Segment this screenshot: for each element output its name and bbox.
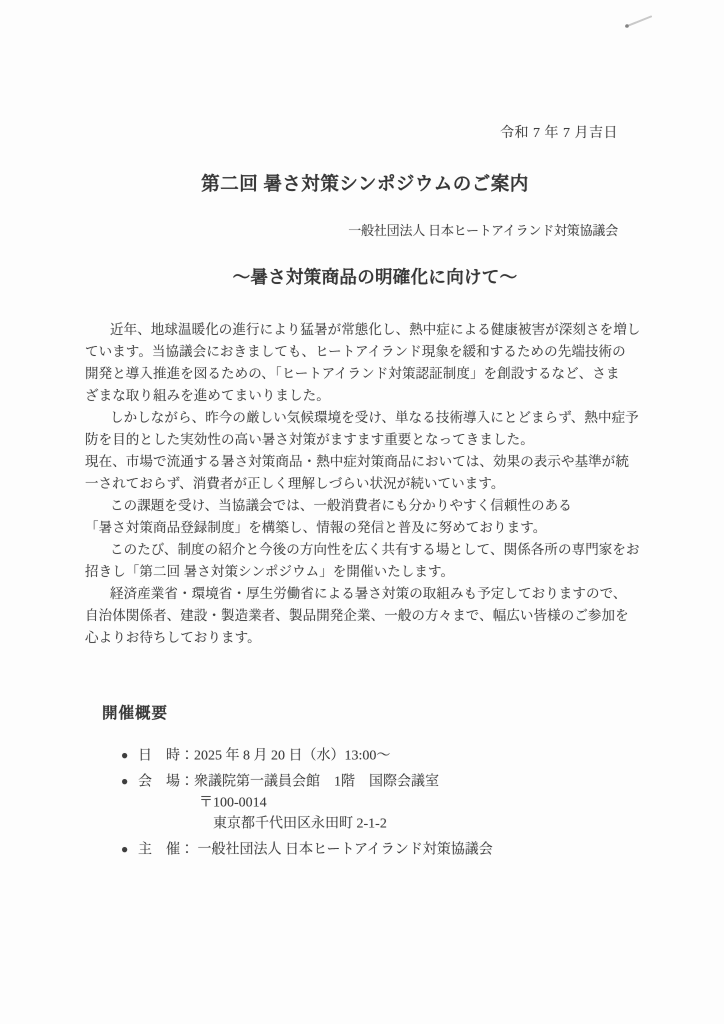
pen-stroke-icon: [624, 14, 654, 30]
overview-item-text: 〒100-0014: [199, 796, 267, 811]
overview-item: ●主 催： 一般社団法人 日本ヒートアイランド対策協議会: [121, 839, 493, 859]
body-line-text: この課題を受け、当協議会では、一般消費者にも分かりやすく信頼性のある: [110, 498, 572, 513]
body-line-text: 現在、市場で流通する暑さ対策商品・熱中症対策商品においては、効果の表示や基準が統: [85, 454, 629, 469]
body-line-text: 心よりお待ちしております。: [85, 630, 261, 645]
overview-item: ●日 時：2025 年 8 月 20 日（水）13:00～: [121, 745, 493, 765]
bullet-icon: ●: [121, 771, 138, 791]
body-text-line: ています。当協議会におきましても、ヒートアイランド現象を緩和するための先端技術の: [85, 341, 640, 363]
overview-heading: 開催概要: [102, 701, 168, 723]
document-subtitle: ～暑さ対策商品の明確化に向けて～: [13, 264, 724, 289]
body-text-line: 経済産業省・環境省・厚生労働省による暑さ対策の取組みも予定しておりますので、: [85, 583, 640, 605]
body-line-text: しかしながら、昨今の厳しい気候環境を受け、単なる技術導入にとどまらず、熱中症予: [110, 410, 639, 425]
body-line-text: 近年、地球温暖化の進行により猛暑が常態化し、熱中症による健康被害が深刻さを増し: [110, 322, 640, 337]
body-text-line: 心よりお待ちしております。: [85, 627, 640, 649]
body-line-text: 開発と導入推進を図るための、「ヒートアイランド対策認証制度」を創設するなど、さま: [85, 366, 620, 381]
overview-list: ●日 時：2025 年 8 月 20 日（水）13:00～ ●会 場：衆議院第一…: [121, 739, 493, 859]
body-line-text: ています。当協議会におきましても、ヒートアイランド現象を緩和するための先端技術の: [85, 344, 626, 359]
body-line-text: ざまな取り組みを進めてまいりました。: [85, 388, 330, 403]
body-line-text: 招きし「第二回 暑さ対策シンポジウム」を開催いたします。: [85, 564, 454, 579]
body-line-text: 一されておらず、消費者が正しく理解しづらい状況が続いています。: [85, 476, 504, 491]
body-line-text: 自治体関係者、建設・製造業者、製品開発企業、一般の方々まで、幅広い皆様のご参加を: [85, 608, 629, 623]
body-text-line: このたび、制度の紹介と今後の方向性を広く共有する場として、関係各所の専門家をお: [85, 539, 640, 561]
overview-item: ●会 場：衆議院第一議員会館 1階 国際会議室: [121, 771, 493, 791]
overview-item-text: 主 催： 一般社団法人 日本ヒートアイランド対策協議会: [138, 843, 493, 858]
bullet-icon: ●: [121, 745, 138, 765]
body-line-text: 防を目的とした実効性の高い暑さ対策がますます重要となってきました。: [85, 432, 534, 447]
body-text-line: ざまな取り組みを進めてまいりました。: [85, 385, 640, 407]
body-text-line: この課題を受け、当協議会では、一般消費者にも分かりやすく信頼性のある: [85, 495, 640, 517]
bullet-icon: ●: [121, 839, 138, 859]
overview-item-text: 日 時：2025 年 8 月 20 日（水）13:00～: [138, 749, 390, 764]
organization-line: 一般社団法人 日本ヒートアイランド対策協議会: [348, 220, 618, 239]
date-line: 令和 7 年 7 月吉日: [500, 122, 618, 142]
overview-item-text: 東京都千代田区永田町 2-1-2: [213, 817, 387, 832]
body-text-line: 防を目的とした実効性の高い暑さ対策がますます重要となってきました。: [85, 429, 640, 451]
body-text-line: 開発と導入推進を図るための、「ヒートアイランド対策認証制度」を創設するなど、さま: [85, 363, 640, 385]
body-text-line: 一されておらず、消費者が正しく理解しづらい状況が続いています。: [85, 473, 640, 495]
pen-stroke-mark: [624, 14, 654, 30]
body-text: 近年、地球温暖化の進行により猛暑が常態化し、熱中症による健康被害が深刻さを増し …: [85, 319, 640, 649]
body-text-line: 近年、地球温暖化の進行により猛暑が常態化し、熱中症による健康被害が深刻さを増し: [85, 319, 640, 341]
body-text-line: 招きし「第二回 暑さ対策シンポジウム」を開催いたします。: [85, 561, 640, 583]
body-line-text: このたび、制度の紹介と今後の方向性を広く共有する場として、関係各所の専門家をお: [110, 542, 640, 557]
document-title: 第二回 暑さ対策シンポジウムのご案内: [3, 170, 724, 196]
overview-item: ●〒100-0014: [121, 792, 493, 812]
body-line-text: 経済産業省・環境省・厚生労働省による暑さ対策の取組みも予定しておりますので、: [110, 586, 627, 601]
body-line-text: 「暑さ対策商品登録制度」を構築し、情報の発信と普及に努めております。: [85, 520, 546, 535]
overview-item-text: 会 場：衆議院第一議員会館 1階 国際会議室: [138, 775, 439, 790]
body-text-line: 自治体関係者、建設・製造業者、製品開発企業、一般の方々まで、幅広い皆様のご参加を: [85, 605, 640, 627]
body-text-line: 現在、市場で流通する暑さ対策商品・熱中症対策商品においては、効果の表示や基準が統: [85, 451, 640, 473]
document-page: 令和 7 年 7 月吉日 第二回 暑さ対策シンポジウムのご案内 一般社団法人 日…: [0, 0, 724, 1024]
overview-item: ●東京都千代田区永田町 2-1-2: [121, 813, 493, 833]
body-text-line: しかしながら、昨今の厳しい気候環境を受け、単なる技術導入にとどまらず、熱中症予: [85, 407, 640, 429]
body-text-line: 「暑さ対策商品登録制度」を構築し、情報の発信と普及に努めております。: [85, 517, 640, 539]
